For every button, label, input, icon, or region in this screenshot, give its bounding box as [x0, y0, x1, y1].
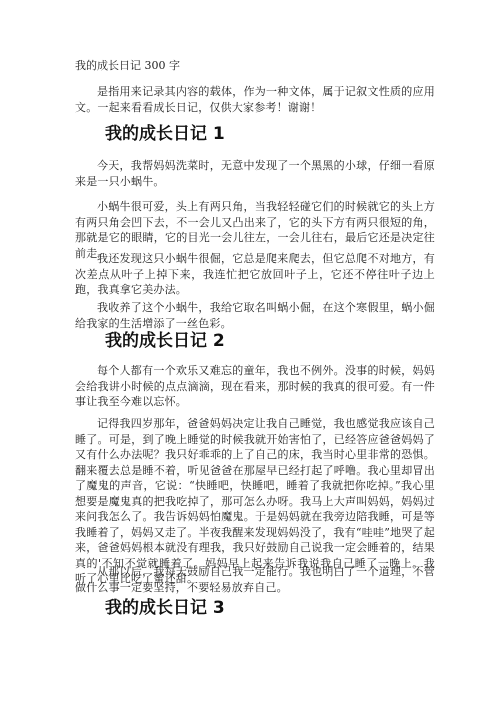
section-2-paragraph-2: 记得我四岁那年，爸爸妈妈决定让我自己睡觉，我也感觉我应该自己睡了。可是，到了晚上…: [75, 416, 435, 587]
section-2-paragraph-3: 从那以后，我每天鼓励自己我一定能行。我也明白了一个道理，不管做什么事一定要坚持，…: [75, 564, 435, 595]
section-heading-2: 我的成长日记 2: [105, 330, 225, 352]
section-heading-3: 我的成长日记 3: [105, 597, 225, 619]
section-1-paragraph-4: 我收养了这个小蜗牛，我给它取名叫蜗小倔，在这个寒假里，蜗小倔给我家的生活增添了一…: [75, 300, 435, 331]
section-heading-1: 我的成长日记 1: [105, 123, 225, 145]
document-title: 我的成长日记 300 字: [75, 59, 180, 73]
section-1-paragraph-1: 今天，我帮妈妈洗菜时，无意中发现了一个黑黑的小球，仔细一看原来是一只小蜗牛。: [75, 158, 435, 189]
section-2-paragraph-1: 每个人都有一个欢乐又难忘的童年，我也不例外。没事的时候，妈妈会给我讲小时候的点点…: [75, 363, 435, 410]
section-1-paragraph-3: 我还发现这只小蜗牛很倔，它总是爬来爬去，但它总爬不对地方，有次差点从叶子上掉下来…: [75, 251, 435, 298]
intro-paragraph: 是指用来记录其内容的载体，作为一种文体，属于记叙文性质的应用文。一起来看看成长日…: [75, 84, 435, 115]
